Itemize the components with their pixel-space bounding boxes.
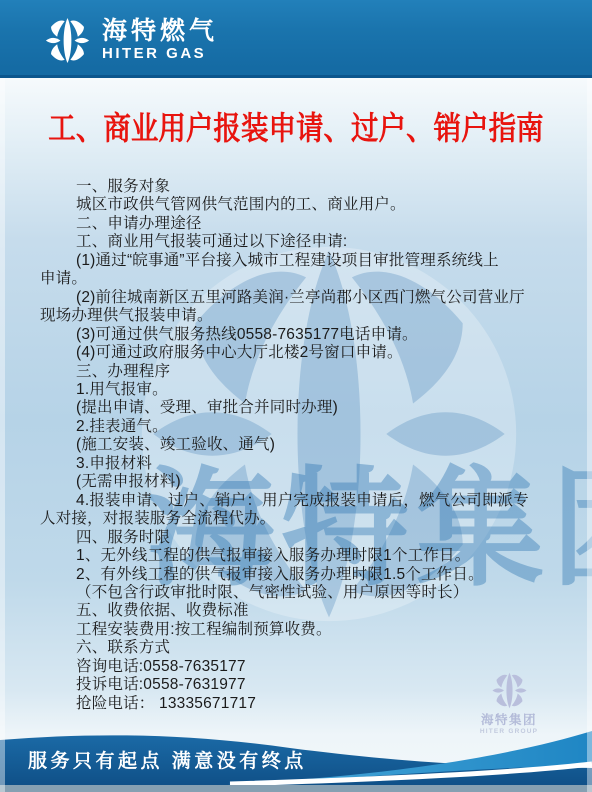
page-edge-right [587, 78, 592, 792]
body-line: 人对接，对报装服务全流程代办。 [40, 510, 562, 528]
body-line: 申请。 [40, 270, 562, 288]
body-line: 4.报装申请、过户、销户：用户完成报装申请后，燃气公司即派专 [40, 492, 562, 510]
body-line: 1、无外线工程的供气报审接入服务办理时限1个工作日。 [40, 547, 562, 565]
body-text: 一、服务对象城区市政供气管网供气范围内的工、商业用户。二、申请办理途径工、商业用… [40, 178, 562, 713]
page-edge-left [0, 78, 5, 792]
brand-block: 海特燃气 HITER GAS [102, 18, 218, 62]
body-line: (3)可通过供气服务热线0558-7635177电话申请。 [40, 326, 562, 344]
body-line: 二、申请办理途径 [40, 215, 562, 233]
body-line: 六、联系方式 [40, 639, 562, 657]
body-line: (2)前往城南新区五里河路美润·兰亭尚郡小区西门燃气公司营业厅 [40, 289, 562, 307]
body-line: 3.申报材料 [40, 455, 562, 473]
body-line: 三、办理程序 [40, 363, 562, 381]
body-line: （不包含行政审批时限、气密性试验、用户原因等时长） [40, 584, 562, 602]
brand-name-english: HITER GAS [102, 45, 218, 62]
header-bar: 海特燃气 HITER GAS [0, 0, 592, 78]
body-line: (施工安装、竣工验收、通气) [40, 436, 562, 454]
hiter-group-name-chinese: 海特集团 [476, 714, 542, 727]
body-line: (4)可通过政府服务中心大厅北楼2号窗口申请。 [40, 344, 562, 362]
hiter-gas-logo-icon [44, 17, 91, 64]
hiter-group-logo-icon [491, 672, 528, 709]
body-line: 工程安装费用:按工程编制预算收费。 [40, 621, 562, 639]
footer-slogan: 服务只有起点 满意没有终点 [28, 746, 307, 773]
body-line: 1.用气报审。 [40, 381, 562, 399]
body-line: (1)通过“皖事通”平台接入城市工程建设项目审批管理系统线上 [40, 252, 562, 270]
body-line: 2、有外线工程的供气报审接入服务办理时限1.5个工作日。 [40, 566, 562, 584]
body-line: 五、收费依据、收费标准 [40, 602, 562, 620]
hiter-group-name-english: HITER GROUP [476, 727, 542, 736]
body-line: (提出申请、受理、审批合并同时办理) [40, 399, 562, 417]
body-line: (无需申报材料) [40, 473, 562, 491]
page-title: 工、商业用户报装申请、过户、销户指南 [41, 103, 550, 149]
hiter-group-logo: 海特集团 HITER GROUP [476, 672, 542, 736]
poster-page: 海特燃气 HITER GAS 工、商业用户报装申请、过户、销户指南 海特集团 海… [0, 0, 592, 792]
body-line: 2.挂表通气。 [40, 418, 562, 436]
brand-name-chinese: 海特燃气 [102, 18, 218, 45]
body-line: 城区市政供气管网供气范围内的工、商业用户。 [40, 196, 562, 214]
body-line: 四、服务时限 [40, 529, 562, 547]
body-line: 一、服务对象 [40, 178, 562, 196]
body-line: 现场办理供气报装申请。 [40, 307, 562, 325]
body-line: 工、商业用气报装可通过以下途径申请: [40, 233, 562, 251]
